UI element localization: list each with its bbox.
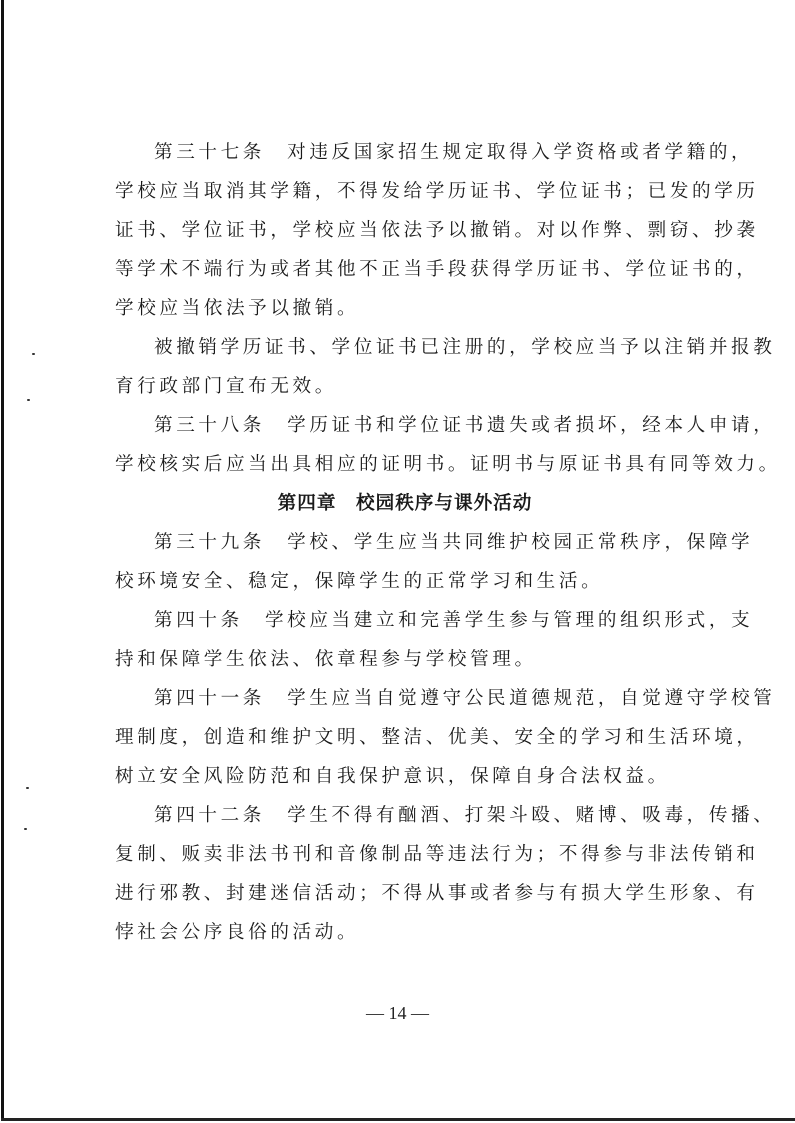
page-number: — 14 — <box>0 1003 795 1024</box>
scan-speck <box>26 787 29 789</box>
text-line: 复制、贩卖非法书刊和音像制品等违法行为；不得参与非法传销和 <box>115 835 695 874</box>
text-line: 育行政部门宣布无效。 <box>115 367 695 406</box>
text-line: 悖社会公序良俗的活动。 <box>115 913 695 952</box>
scan-speck <box>24 828 27 830</box>
text-line: 第三十八条 学历证书和学位证书遗失或者损坏，经本人申请， <box>115 406 695 445</box>
text-line: 持和保障学生依法、依章程参与学校管理。 <box>115 640 695 679</box>
scan-bottom-border <box>1 1118 795 1121</box>
scan-left-border <box>1 0 4 1121</box>
article-42: 第四十二条 学生不得有酗酒、打架斗殴、赌博、吸毒，传播、 复制、贩卖非法书刊和音… <box>115 796 695 952</box>
text-line: 第四十条 学校应当建立和完善学生参与管理的组织形式，支 <box>115 601 695 640</box>
text-line: 学校核实后应当出具相应的证明书。证明书与原证书具有同等效力。 <box>115 445 695 484</box>
chapter-heading: 第四章 校园秩序与课外活动 <box>115 484 695 523</box>
article-37-paragraph-2: 被撤销学历证书、学位证书已注册的，学校应当予以注销并报教 育行政部门宣布无效。 <box>115 328 695 406</box>
text-line: 校环境安全、稳定，保障学生的正常学习和生活。 <box>115 562 695 601</box>
text-line: 进行邪教、封建迷信活动；不得从事或者参与有损大学生形象、有 <box>115 874 695 913</box>
document-page: 第三十七条 对违反国家招生规定取得入学资格或者学籍的， 学校应当取消其学籍，不得… <box>115 133 695 952</box>
text-line: 树立安全风险防范和自我保护意识，保障自身合法权益。 <box>115 757 695 796</box>
article-39: 第三十九条 学校、学生应当共同维护校园正常秩序，保障学 校环境安全、稳定，保障学… <box>115 523 695 601</box>
text-line: 理制度，创造和维护文明、整洁、优美、安全的学习和生活环境， <box>115 718 695 757</box>
text-line: 等学术不端行为或者其他不正当手段获得学历证书、学位证书的， <box>115 250 695 289</box>
scan-speck <box>32 353 35 355</box>
article-41: 第四十一条 学生应当自觉遵守公民道德规范，自觉遵守学校管 理制度，创造和维护文明… <box>115 679 695 796</box>
text-line: 第三十九条 学校、学生应当共同维护校园正常秩序，保障学 <box>115 523 695 562</box>
text-line: 学校应当依法予以撤销。 <box>115 289 695 328</box>
article-40: 第四十条 学校应当建立和完善学生参与管理的组织形式，支 持和保障学生依法、依章程… <box>115 601 695 679</box>
text-line: 第四十二条 学生不得有酗酒、打架斗殴、赌博、吸毒，传播、 <box>115 796 695 835</box>
article-38: 第三十八条 学历证书和学位证书遗失或者损坏，经本人申请， 学校核实后应当出具相应… <box>115 406 695 484</box>
text-line: 第四十一条 学生应当自觉遵守公民道德规范，自觉遵守学校管 <box>115 679 695 718</box>
article-37: 第三十七条 对违反国家招生规定取得入学资格或者学籍的， 学校应当取消其学籍，不得… <box>115 133 695 328</box>
text-line: 学校应当取消其学籍，不得发给学历证书、学位证书；已发的学历 <box>115 172 695 211</box>
text-line: 第三十七条 对违反国家招生规定取得入学资格或者学籍的， <box>115 133 695 172</box>
text-line: 被撤销学历证书、学位证书已注册的，学校应当予以注销并报教 <box>115 328 695 367</box>
scan-speck <box>27 399 30 401</box>
text-line: 证书、学位证书，学校应当依法予以撤销。对以作弊、剽窃、抄袭 <box>115 211 695 250</box>
